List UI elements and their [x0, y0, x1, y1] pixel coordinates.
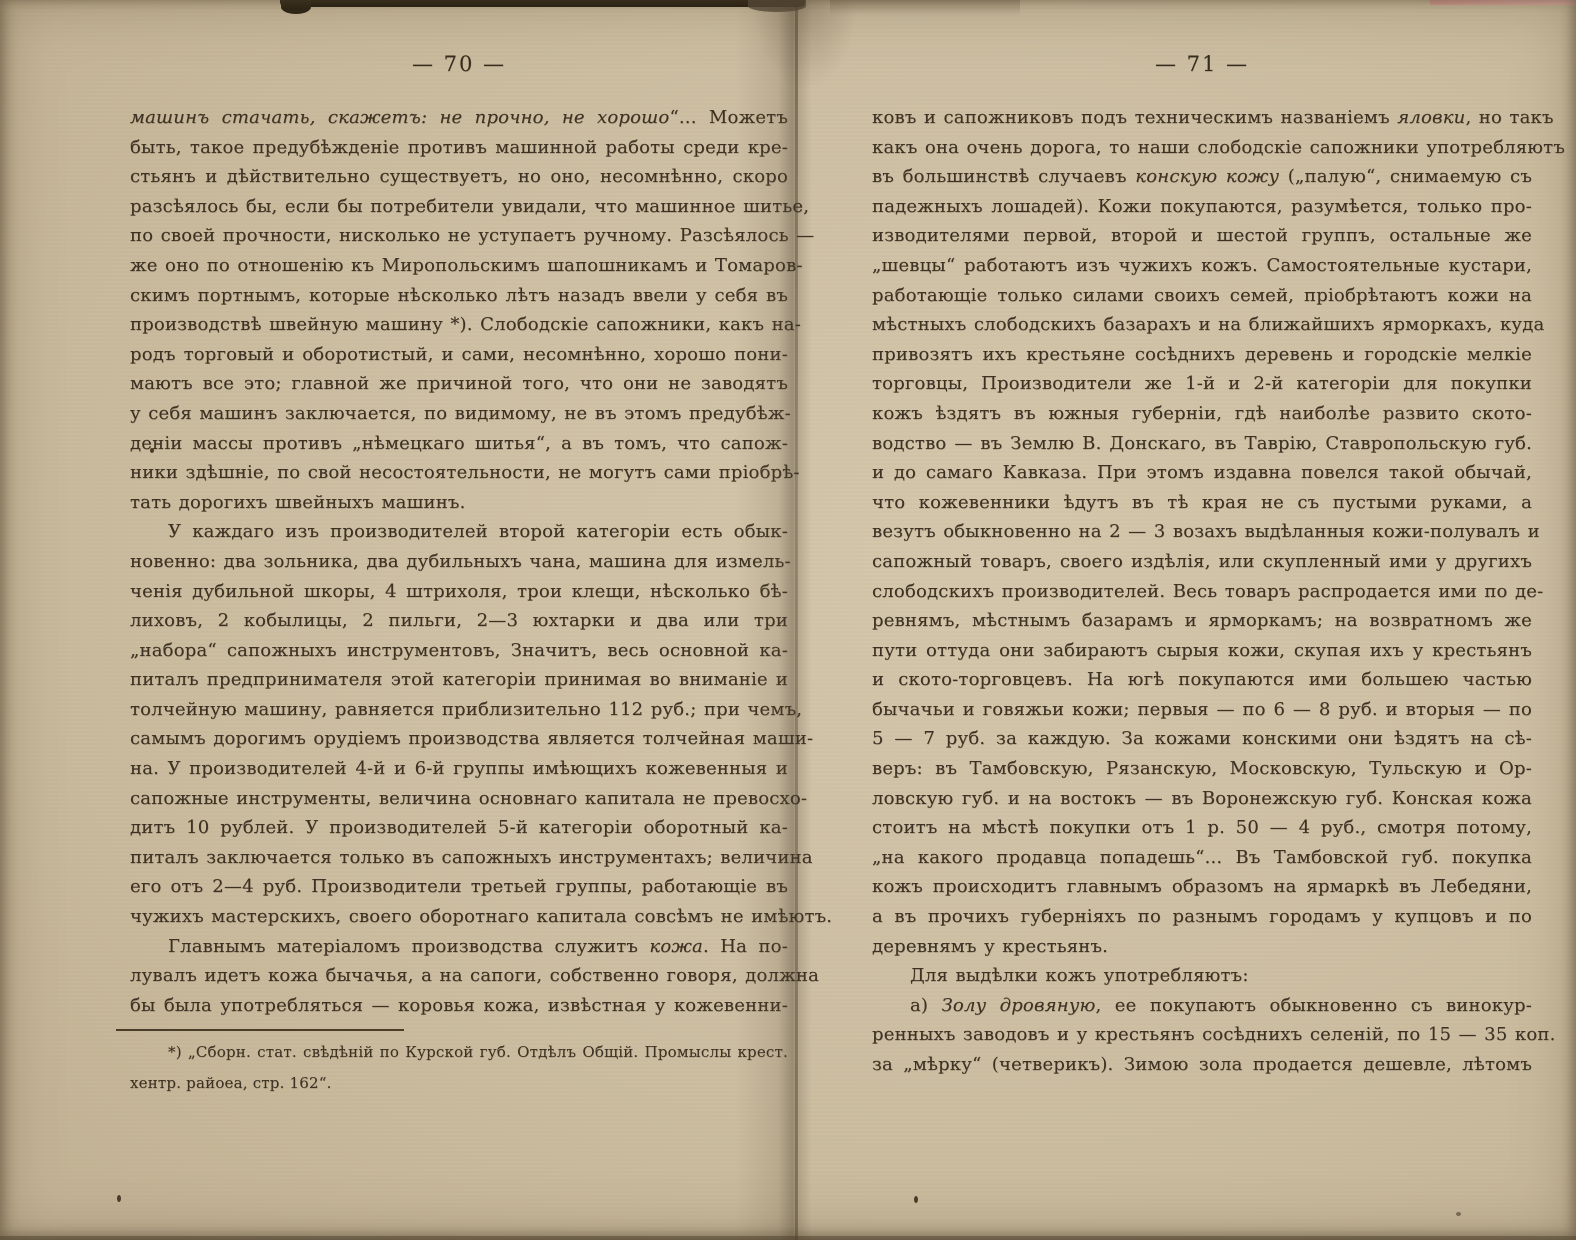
body-line: и до самаго Кавказа. При этомъ издавна п… [872, 458, 1532, 488]
line-text: Главнымъ матеріаломъ производства служит… [168, 936, 649, 957]
body-line: слободскихъ производителей. Весь товаръ … [872, 577, 1532, 607]
line-text: 5 — 7 руб. за каждую. За кожами конскими… [872, 728, 1532, 749]
bottom-edge-band [0, 1236, 1576, 1240]
line-text: У каждаго изъ производителей второй кате… [168, 521, 788, 542]
line-text: и ското-торговцевъ. На югѣ покупаются им… [872, 669, 1532, 690]
line-text: новенно: два зольника, два дубильныхъ ча… [130, 551, 791, 572]
body-line: лиховъ, 2 кобылицы, 2 пильги, 2—3 юхтарк… [130, 606, 788, 636]
body-line: родъ торговый и оборотистый, и сами, нес… [130, 340, 788, 370]
line-text: кожъ происходитъ главнымъ образомъ на яр… [872, 876, 1532, 897]
line-text: тать дорогихъ швейныхъ машинъ. [130, 492, 466, 513]
body-line: разсѣялось бы, если бы потребители увида… [130, 192, 788, 222]
line-text: за „мѣрку“ (четверикъ). Зимою зола прода… [872, 1054, 1532, 1075]
body-line: питалъ заключается только въ сапожныхъ и… [130, 843, 788, 873]
body-line: кожъ происходитъ главнымъ образомъ на яр… [872, 872, 1532, 902]
line-text: *) „Сборн. стат. свѣдѣній по Курской губ… [168, 1043, 788, 1061]
top-edge-blob-left [281, 0, 311, 14]
body-line: „набора“ сапожныхъ инструментовъ, Значит… [130, 636, 788, 666]
body-line: везутъ обыкновенно на 2 — 3 возахъ выдѣл… [872, 517, 1532, 547]
line-text: чужихъ мастерскихъ, своего оборотнаго ка… [130, 906, 832, 927]
book-spread-scan: — 70 — машинъ стачать, скажетъ: не прочн… [0, 0, 1576, 1240]
line-text: изводителями первой, второй и шестой гру… [872, 225, 1532, 246]
body-line: изводителями первой, второй и шестой гру… [872, 221, 1532, 251]
line-text: производствѣ швейную машину *). Слободск… [130, 314, 801, 335]
line-text: привозятъ ихъ крестьяне сосѣднихъ дереве… [872, 344, 1532, 365]
body-line: стоитъ на мѣстѣ покупки отъ 1 р. 50 — 4 … [872, 813, 1532, 843]
line-text: „шевцы“ работаютъ изъ чужихъ кожъ. Самос… [872, 255, 1532, 276]
body-line: торговцы, Производители же 1-й и 2-й кат… [872, 369, 1532, 399]
line-text: а) [910, 995, 942, 1016]
body-line: самымъ дорогимъ орудіемъ производства яв… [130, 724, 788, 754]
body-line: на. У производителей 4-й и 6-й группы им… [130, 754, 788, 784]
line-text: и до самаго Кавказа. При этомъ издавна п… [872, 462, 1532, 483]
body-line: ковъ и сапожниковъ подъ техническимъ наз… [872, 103, 1532, 133]
line-text: на. У производителей 4-й и 6-й группы им… [130, 758, 788, 779]
line-text: водство — въ Землю В. Донскаго, въ Таврі… [872, 433, 1532, 454]
body-line: а) Золу дровяную, ее покупаютъ обыкновен… [872, 991, 1532, 1021]
body-line: дитъ 10 рублей. У производителей 5-й кат… [130, 813, 788, 843]
body-line: ренныхъ заводовъ и у крестьянъ сосѣднихъ… [872, 1020, 1532, 1050]
italic-text: Золу дровяную [942, 995, 1096, 1016]
body-line: ловскую губ. и на востокъ — въ Воронежск… [872, 784, 1532, 814]
body-line: а въ прочихъ губерніяхъ по разнымъ город… [872, 902, 1532, 932]
italic-text: конскую кожу [1135, 166, 1279, 187]
page-number-71: — 71 — [872, 52, 1532, 76]
line-text: что кожевенники ѣдутъ въ тѣ края не съ п… [872, 492, 1532, 513]
line-text: , ее покупаютъ обыкновенно съ винокур- [1096, 995, 1532, 1016]
top-edge-band [280, 0, 805, 7]
body-line: новенно: два зольника, два дубильныхъ ча… [130, 547, 788, 577]
page-number-70: — 70 — [130, 52, 788, 76]
line-text: а въ прочихъ губерніяхъ по разнымъ город… [872, 906, 1532, 927]
line-text: стьянъ и дѣйствительно существуетъ, но о… [130, 166, 788, 187]
body-line: что кожевенники ѣдутъ въ тѣ края не съ п… [872, 488, 1532, 518]
body-line: сапожные инструменты, величина основнаго… [130, 784, 788, 814]
line-text: Для выдѣлки кожъ употребляютъ: [910, 965, 1249, 986]
italic-text: яловки [1397, 107, 1465, 128]
italic-text: кожа [649, 936, 703, 957]
body-line: ченія дубильной шкоры, 4 штрихоля, трои … [130, 577, 788, 607]
body-line: тать дорогихъ швейныхъ машинъ. [130, 488, 788, 518]
body-line: водство — въ Землю В. Донскаго, въ Таврі… [872, 429, 1532, 459]
line-text: ченія дубильной шкоры, 4 штрихоля, трои … [130, 581, 788, 602]
line-text: разсѣялось бы, если бы потребители увида… [130, 196, 809, 217]
line-text: („палую“, снимаемую съ [1279, 166, 1532, 187]
line-text: бы была употребляться — коровья кожа, из… [130, 995, 788, 1016]
body-line: у себя машинъ заключается, по видимому, … [130, 399, 788, 429]
paper-speck [150, 448, 154, 453]
body-line: ники здѣшніе, по свой несостоятельности,… [130, 458, 788, 488]
line-text: въ большинствѣ случаевъ [872, 166, 1135, 187]
paper-speck [1456, 1212, 1461, 1216]
body-line: бычачьи и говяжьи кожи; первыя — по 6 — … [872, 695, 1532, 725]
page-71-body: ковъ и сапожниковъ подъ техническимъ наз… [872, 103, 1532, 1080]
body-line: 5 — 7 руб. за каждую. За кожами конскими… [872, 724, 1532, 754]
line-text: какъ она очень дорога, то наши слободскі… [872, 137, 1565, 158]
line-text: хентр. райоеа, стр. 162“. [130, 1074, 332, 1092]
body-line: толчейную машину, равняется приблизитель… [130, 695, 788, 725]
body-line: машинъ стачать, скажетъ: не прочно, не х… [130, 103, 788, 133]
line-text: , но такъ [1465, 107, 1553, 128]
body-line: быть, такое предубѣжденіе противъ машинн… [130, 133, 788, 163]
body-line: пути оттуда они забираютъ сырыя кожи, ск… [872, 636, 1532, 666]
line-text: работающіе только силами своихъ семей, п… [872, 285, 1532, 306]
gutter-crease [795, 0, 798, 1240]
body-line: стьянъ и дѣйствительно существуетъ, но о… [130, 162, 788, 192]
line-text: самымъ дорогимъ орудіемъ производства яв… [130, 728, 813, 749]
line-text: его отъ 2—4 руб. Производители третьей г… [130, 876, 788, 897]
body-line: по своей прочности, нисколько не уступае… [130, 221, 788, 251]
body-line: веръ: въ Тамбовскую, Рязанскую, Московск… [872, 754, 1532, 784]
line-text: деніи массы противъ „нѣмецкаго шитья“, а… [130, 433, 788, 454]
body-line: и ското-торговцевъ. На югѣ покупаются им… [872, 665, 1532, 695]
line-text: кожъ ѣздятъ въ южныя губерніи, гдѣ наибо… [872, 403, 1532, 424]
body-line: питалъ предпринимателя этой категоріи пр… [130, 665, 788, 695]
body-line: чужихъ мастерскихъ, своего оборотнаго ка… [130, 902, 788, 932]
body-line: скимъ портнымъ, которые нѣсколько лѣтъ н… [130, 281, 788, 311]
line-text: ковъ и сапожниковъ подъ техническимъ наз… [872, 107, 1397, 128]
line-text: веръ: въ Тамбовскую, Рязанскую, Московск… [872, 758, 1532, 779]
body-line: сапожный товаръ, своего издѣлія, или ску… [872, 547, 1532, 577]
line-text: „набора“ сапожныхъ инструментовъ, Значит… [130, 640, 788, 661]
line-text: быть, такое предубѣжденіе противъ машинн… [130, 137, 788, 158]
line-text: дитъ 10 рублей. У производителей 5-й кат… [130, 817, 788, 838]
line-text: торговцы, Производители же 1-й и 2-й кат… [872, 373, 1532, 394]
body-line: лувалъ идетъ кожа бычачья, а на сапоги, … [130, 961, 788, 991]
line-text: пути оттуда они забираютъ сырыя кожи, ск… [872, 640, 1532, 661]
line-text: толчейную машину, равняется приблизитель… [130, 699, 802, 720]
footnote-line: хентр. райоеа, стр. 162“. [130, 1068, 788, 1099]
body-line: его отъ 2—4 руб. Производители третьей г… [130, 872, 788, 902]
body-line: привозятъ ихъ крестьяне сосѣднихъ дереве… [872, 340, 1532, 370]
line-text: сапожный товаръ, своего издѣлія, или ску… [872, 551, 1532, 572]
line-text: скимъ портнымъ, которые нѣсколько лѣтъ н… [130, 285, 788, 306]
line-text: лиховъ, 2 кобылицы, 2 пильги, 2—3 юхтарк… [130, 610, 788, 631]
body-line: мѣстныхъ слободскихъ базарахъ и на ближа… [872, 310, 1532, 340]
body-line: работающіе только силами своихъ семей, п… [872, 281, 1532, 311]
top-edge-wash [830, 0, 1020, 16]
line-text: сапожные инструменты, величина основнаго… [130, 788, 807, 809]
body-line: деревнямъ у крестьянъ. [872, 932, 1532, 962]
body-line: „шевцы“ работаютъ изъ чужихъ кожъ. Самос… [872, 251, 1532, 281]
body-line: бы была употребляться — коровья кожа, из… [130, 991, 788, 1021]
pink-edge-strip [1430, 0, 1576, 5]
line-text: мѣстныхъ слободскихъ базарахъ и на ближа… [872, 314, 1544, 335]
line-text: . На по- [703, 936, 788, 957]
body-line: производствѣ швейную машину *). Слободск… [130, 310, 788, 340]
line-text: питалъ заключается только въ сапожныхъ и… [130, 847, 813, 868]
footnote: *) „Сборн. стат. свѣдѣній по Курской губ… [130, 1037, 788, 1099]
line-text: же оно по отношенію къ Миропольскимъ шап… [130, 255, 803, 276]
body-line: У каждаго изъ производителей второй кате… [130, 517, 788, 547]
body-line: падежныхъ лошадей). Кожи покупаются, раз… [872, 192, 1532, 222]
body-line: какъ она очень дорога, то наши слободскі… [872, 133, 1532, 163]
footnote-block: *) „Сборн. стат. свѣдѣній по Курской губ… [130, 1021, 788, 1099]
body-line: деніи массы противъ „нѣмецкаго шитья“, а… [130, 429, 788, 459]
line-text: питалъ предпринимателя этой категоріи пр… [130, 669, 788, 690]
footnote-line: *) „Сборн. стат. свѣдѣній по Курской губ… [130, 1037, 788, 1068]
line-text: слободскихъ производителей. Весь товаръ … [872, 581, 1543, 602]
body-line: Для выдѣлки кожъ употребляютъ: [872, 961, 1532, 991]
line-text: ловскую губ. и на востокъ — въ Воронежск… [872, 788, 1532, 809]
line-text: “... Можетъ [669, 107, 788, 128]
body-line: „на какого продавца попадешь“... Въ Тамб… [872, 843, 1532, 873]
line-text: по своей прочности, нисколько не уступае… [130, 225, 814, 246]
line-text: везутъ обыкновенно на 2 — 3 возахъ выдѣл… [872, 521, 1540, 542]
footnote-rule [116, 1029, 404, 1031]
body-line: маютъ все это; главной же причиной того,… [130, 369, 788, 399]
body-line: за „мѣрку“ (четверикъ). Зимою зола прода… [872, 1050, 1532, 1080]
line-text: бычачьи и говяжьи кожи; первыя — по 6 — … [872, 699, 1532, 720]
line-text: родъ торговый и оборотистый, и сами, нес… [130, 344, 788, 365]
line-text: падежныхъ лошадей). Кожи покупаются, раз… [872, 196, 1532, 217]
page-70-body: машинъ стачать, скажетъ: не прочно, не х… [130, 103, 788, 1020]
body-line: же оно по отношенію къ Миропольскимъ шап… [130, 251, 788, 281]
line-text: деревнямъ у крестьянъ. [872, 936, 1108, 957]
top-edge-blob-right [748, 0, 806, 12]
line-text: ники здѣшніе, по свой несостоятельности,… [130, 462, 800, 483]
line-text: ревнямъ, мѣстнымъ базарамъ и ярморкамъ; … [872, 610, 1532, 631]
line-text: у себя машинъ заключается, по видимому, … [130, 403, 791, 424]
paper-speck [914, 1196, 918, 1203]
paper-speck [117, 1195, 121, 1202]
italic-text: машинъ стачать, скажетъ: не прочно, не х… [130, 107, 669, 128]
line-text: лувалъ идетъ кожа бычачья, а на сапоги, … [130, 965, 819, 986]
body-line: кожъ ѣздятъ въ южныя губерніи, гдѣ наибо… [872, 399, 1532, 429]
line-text: ренныхъ заводовъ и у крестьянъ сосѣднихъ… [872, 1024, 1556, 1045]
body-line: въ большинствѣ случаевъ конскую кожу („п… [872, 162, 1532, 192]
line-text: маютъ все это; главной же причиной того,… [130, 373, 788, 394]
body-line: ревнямъ, мѣстнымъ базарамъ и ярморкамъ; … [872, 606, 1532, 636]
body-line: Главнымъ матеріаломъ производства служит… [130, 932, 788, 962]
line-text: стоитъ на мѣстѣ покупки отъ 1 р. 50 — 4 … [872, 817, 1532, 838]
line-text: „на какого продавца попадешь“... Въ Тамб… [872, 847, 1532, 868]
